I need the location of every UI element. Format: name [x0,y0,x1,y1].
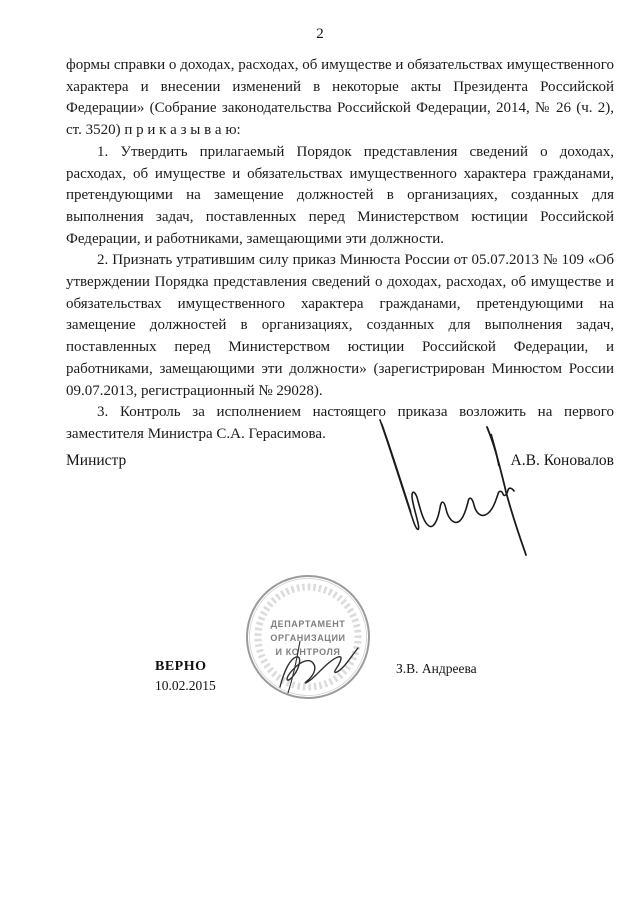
minister-title: Министр [66,452,126,470]
document-body: формы справки о доходах, расходах, об им… [66,55,614,446]
stamp-line-2: ОРГАНИЗАЦИИ [270,633,345,643]
paragraph-item-2: 2. Признать утратившим силу приказ Минюс… [66,250,614,402]
page-number: 2 [0,26,640,43]
minister-signature [370,402,570,577]
paragraph-intro: формы справки о доходах, расходах, об им… [66,55,614,142]
paragraph-item-1: 1. Утвердить прилагаемый Порядок предста… [66,142,614,251]
certification-block: ВЕРНО 10.02.2015 [155,657,216,695]
verno-label: ВЕРНО [155,657,216,676]
verno-date: 10.02.2015 [155,676,216,695]
stamp-line-1: ДЕПАРТАМЕНТ [271,619,346,629]
certifier-name: З.В. Андреева [396,661,477,677]
document-page: 2 формы справки о доходах, расходах, об … [0,0,640,905]
stamp-line-3: И КОНТРОЛЯ [276,647,341,657]
certification-stamp: ДЕПАРТАМЕНТ ОРГАНИЗАЦИИ И КОНТРОЛЯ [242,571,374,703]
